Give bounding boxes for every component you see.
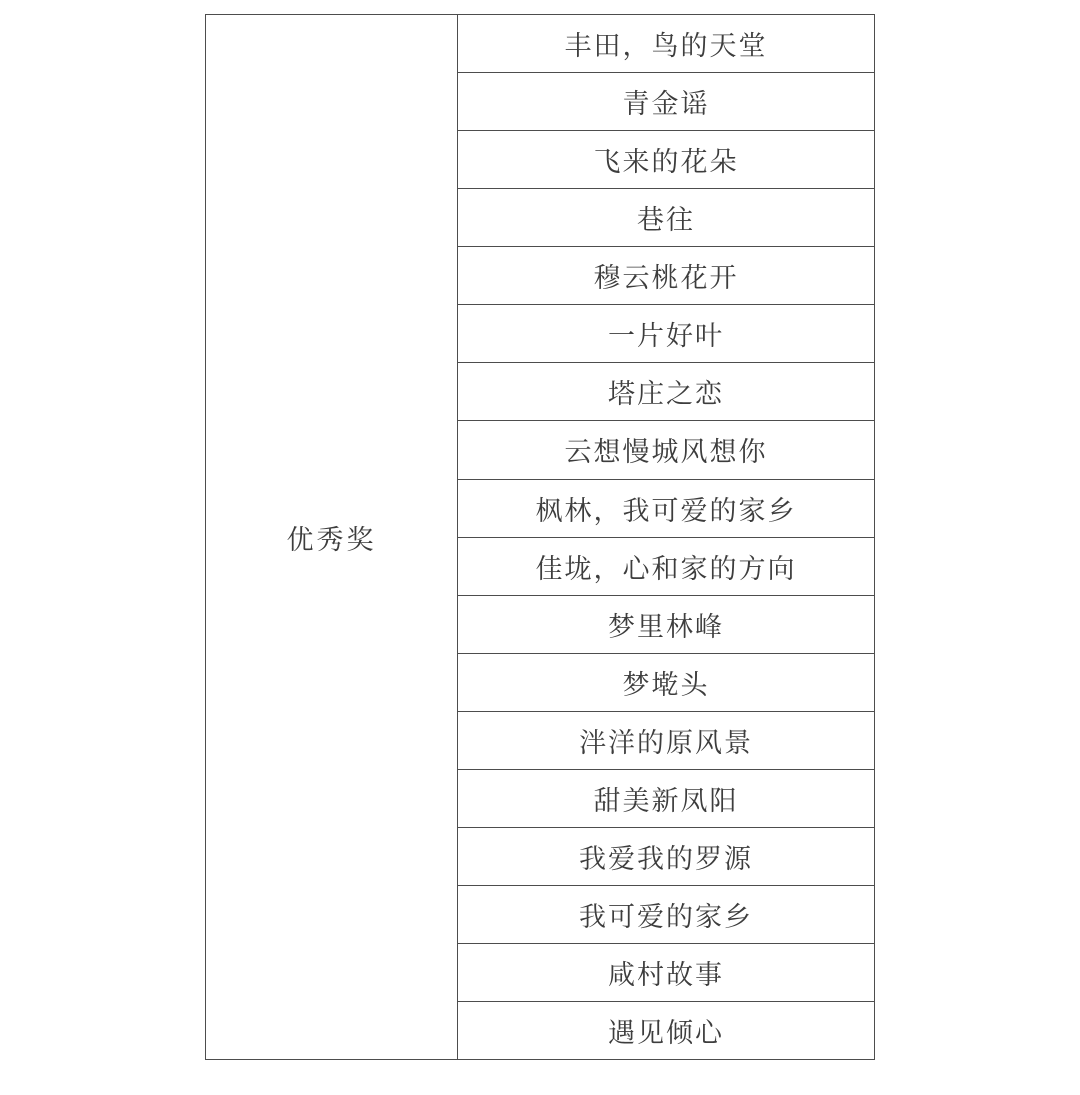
entry-title: 梦墘头 — [623, 663, 710, 702]
entry-title: 穆云桃花开 — [594, 256, 739, 295]
table-row: 泮洋的原风景 — [458, 712, 874, 770]
table-row: 云想慢城风想你 — [458, 421, 874, 479]
entry-title: 我可爱的家乡 — [579, 895, 753, 934]
entry-title: 梦里林峰 — [608, 605, 724, 644]
entry-title: 巷往 — [637, 198, 695, 237]
entry-title: 云想慢城风想你 — [565, 430, 768, 469]
table-row: 巷往 — [458, 189, 874, 247]
entry-title: 遇见倾心 — [608, 1011, 724, 1050]
table-row: 穆云桃花开 — [458, 247, 874, 305]
entry-title: 咸村故事 — [608, 953, 724, 992]
entry-title: 丰田，鸟的天堂 — [565, 24, 768, 63]
entry-title: 我爱我的罗源 — [579, 837, 753, 876]
table-row: 丰田，鸟的天堂 — [458, 15, 874, 73]
entry-title: 甜美新凤阳 — [594, 779, 739, 818]
table-row: 遇见倾心 — [458, 1002, 874, 1059]
entry-title: 一片好叶 — [608, 314, 724, 353]
table-row: 佳垅，心和家的方向 — [458, 538, 874, 596]
table-row: 枫林，我可爱的家乡 — [458, 480, 874, 538]
award-entries-column: 丰田，鸟的天堂青金谣飞来的花朵巷往穆云桃花开一片好叶塔庄之恋云想慢城风想你枫林，… — [458, 15, 874, 1059]
entry-title: 飞来的花朵 — [594, 140, 739, 179]
entry-title: 塔庄之恋 — [608, 372, 724, 411]
entry-title: 佳垅，心和家的方向 — [536, 547, 797, 586]
table-row: 青金谣 — [458, 73, 874, 131]
table-row: 我可爱的家乡 — [458, 886, 874, 944]
award-category-cell: 优秀奖 — [206, 15, 458, 1059]
award-table: 优秀奖 丰田，鸟的天堂青金谣飞来的花朵巷往穆云桃花开一片好叶塔庄之恋云想慢城风想… — [205, 14, 875, 1060]
table-row: 梦里林峰 — [458, 596, 874, 654]
table-row: 一片好叶 — [458, 305, 874, 363]
entry-title: 枫林，我可爱的家乡 — [536, 489, 797, 528]
entry-title: 青金谣 — [623, 82, 710, 121]
table-row: 梦墘头 — [458, 654, 874, 712]
entry-title: 泮洋的原风景 — [579, 721, 753, 760]
table-row: 塔庄之恋 — [458, 363, 874, 421]
table-row: 咸村故事 — [458, 944, 874, 1002]
table-row: 甜美新凤阳 — [458, 770, 874, 828]
table-row: 我爱我的罗源 — [458, 828, 874, 886]
table-row: 飞来的花朵 — [458, 131, 874, 189]
